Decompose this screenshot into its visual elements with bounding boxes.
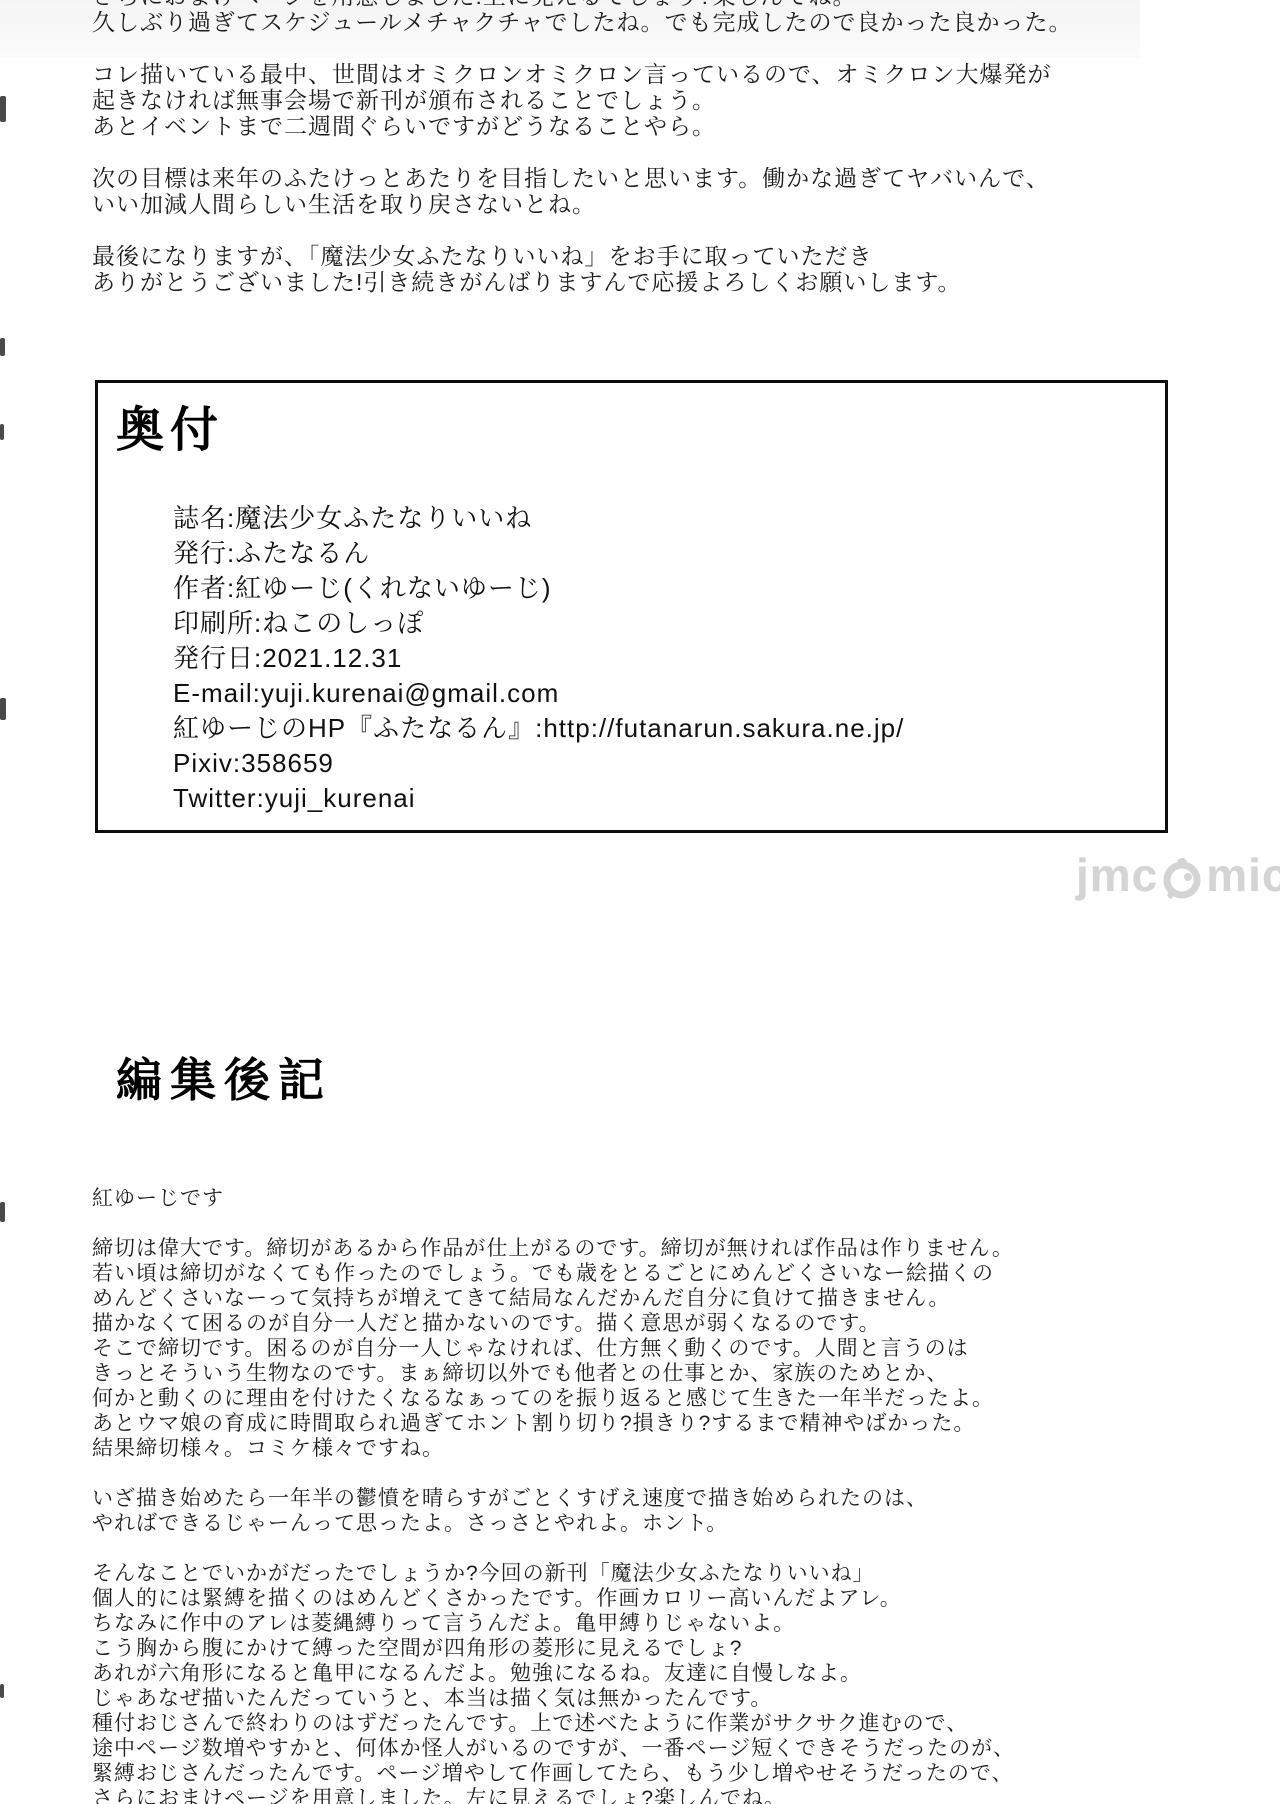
text-line: じゃあなぜ描いたんだっていうと、本当は描く気は無かったんです。 [92,1686,1015,1711]
afterword-title: 編集後記 [116,1044,332,1110]
afterword-body: 紅ゆーじです 締切は偉大です。締切があるから作品が仕上がるのです。締切が無ければ… [92,1186,1015,1804]
text-line: Twitter:yuji_kurenai [173,781,904,816]
text-line: 種付おじさんで終わりのはずだったんです。上で述べたように作業がサクサク進むので、 [92,1711,1015,1736]
paragraph: いざ描き始めたら一年半の鬱憤を晴らすがごとくすげえ速度で描き始められたのは、やれ… [92,1486,1015,1536]
text-line: 久しぶり過ぎてスケジュールメチャクチャでしたね。でも完成したので良かった良かった… [92,9,1073,35]
top-note-text: さらにおまけページを用意しました!上に見えるでしょう?楽しんでね。久しぶり過ぎて… [92,0,1073,295]
scan-artifact [0,424,4,440]
text-line: E-mail:yuji.kurenai@gmail.com [173,676,904,711]
text-line: 緊縛おじさんだったんです。ページ増やして作画してたら、もう少し増やせそうだったの… [92,1761,1015,1786]
text-line: 若い頃は締切がなくても作ったのでしょう。でも歳をとるごとにめんどくさいなー絵描く… [92,1261,1015,1286]
text-line: こう胸から腹にかけて縛った空間が四角形の菱形に見えるでしょ? [92,1636,1015,1661]
text-line: あとイベントまで二週間ぐらいですがどうなることやら。 [92,113,1073,139]
paragraph: そんなことでいかがだったでしょうか?今回の新刊「魔法少女ふたなりいいね」個人的に… [92,1561,1015,1804]
text-line: 発行日:2021.12.31 [173,641,904,676]
text-line: いざ描き始めたら一年半の鬱憤を晴らすがごとくすげえ速度で描き始められたのは、 [92,1486,1015,1511]
colophon-title: 奥付 [116,391,224,460]
text-line: そこで締切です。困るのが自分一人じゃなければ、仕方無く動くのです。人間と言うのは [92,1336,1015,1361]
text-line: さらにおまけページを用意しました!上に見えるでしょう?楽しんでね。 [92,0,1073,9]
text-line: やればできるじゃーんって思ったよ。さっさとやれよ。ホント。 [92,1511,1015,1536]
text-line: めんどくさいなーって気持ちが増えてきて結局なんだかんだ自分に負けて描きません。 [92,1286,1015,1311]
jmcomic-watermark: jmc mic [1076,848,1280,902]
fish-circle-icon [1158,849,1206,901]
colophon-box: 奥付 誌名:魔法少女ふたなりいいね発行:ふたなるん作者:紅ゆーじ(くれないゆーじ… [95,380,1168,833]
text-line: 印刷所:ねこのしっぽ [173,606,904,641]
text-line: 紅ゆーじのHP『ふたなるん』:http://futanarun.sakura.n… [173,711,904,746]
scan-artifact [0,698,6,720]
text-line: きっとそういう生物なのです。まぁ締切以外でも他者との仕事とか、家族のためとか、 [92,1361,1015,1386]
paragraph: 締切は偉大です。締切があるから作品が仕上がるのです。締切が無ければ作品は作りませ… [92,1236,1015,1461]
colophon-entries: 誌名:魔法少女ふたなりいいね発行:ふたなるん作者:紅ゆーじ(くれないゆーじ)印刷… [173,501,904,816]
watermark-text-left: jmc [1076,848,1158,902]
scan-artifact [0,96,6,122]
text-line: あれが六角形になると亀甲になるんだよ。勉強になるね。友達に自慢しなよ。 [92,1661,1015,1686]
text-line: 途中ページ数増やすかと、何体か怪人がいるのですが、一番ページ短くできそうだったの… [92,1736,1015,1761]
paragraph: コレ描いている最中、世間はオミクロンオミクロン言っているので、オミクロン大爆発が… [92,61,1073,139]
scanned-afterword-page: さらにおまけページを用意しました!上に見えるでしょう?楽しんでね。久しぶり過ぎて… [0,0,1280,1804]
scan-artifact [0,338,5,356]
text-line: 何かと動くのに理由を付けたくなるなぁってのを振り返ると感じて生きた一年半だったよ… [92,1386,1015,1411]
text-line: 作者:紅ゆーじ(くれないゆーじ) [173,571,904,606]
watermark-text-right: mic [1206,848,1280,902]
text-line: さらにおまけページを用意しました。左に見えるでしょ?楽しんでね。 [92,1786,1015,1804]
text-line: Pixiv:358659 [173,746,904,781]
text-line: ちなみに作中のアレは菱縄縛りって言うんだよ。亀甲縛りじゃないよ。 [92,1611,1015,1636]
text-line: 次の目標は来年のふたけっとあたりを目指したいと思います。働かな過ぎてヤバいんで、 [92,165,1073,191]
afterword-greeting: 紅ゆーじです [92,1186,1015,1211]
text-line: 誌名:魔法少女ふたなりいいね [173,501,904,536]
scan-artifact [0,1684,4,1698]
text-line: 締切は偉大です。締切があるから作品が仕上がるのです。締切が無ければ作品は作りませ… [92,1236,1015,1261]
text-line: 描かなくて困るのが自分一人だと描かないのです。描く意思が弱くなるのです。 [92,1311,1015,1336]
text-line: いい加減人間らしい生活を取り戻さないとね。 [92,191,1073,217]
paragraph: 最後になりますが、「魔法少女ふたなりいいね」をお手に取っていただきありがとうござ… [92,243,1073,295]
paragraph: 次の目標は来年のふたけっとあたりを目指したいと思います。働かな過ぎてヤバいんで、… [92,165,1073,217]
afterword-paragraphs: 締切は偉大です。締切があるから作品が仕上がるのです。締切が無ければ作品は作りませ… [92,1236,1015,1804]
text-line: コレ描いている最中、世間はオミクロンオミクロン言っているので、オミクロン大爆発が [92,61,1073,87]
text-line: ありがとうございました!引き続きがんばりますんで応援よろしくお願いします。 [92,269,1073,295]
text-line: 発行:ふたなるん [173,536,904,571]
text-line: あとウマ娘の育成に時間取られ過ぎてホント割り切り?損きり?するまで精神やばかった… [92,1411,1015,1436]
text-line: 起きなければ無事会場で新刊が頒布されることでしょう。 [92,87,1073,113]
text-line: 個人的には緊縛を描くのはめんどくさかったです。作画カロリー高いんだよアレ。 [92,1586,1015,1611]
text-line: 結果締切様々。コミケ様々ですね。 [92,1436,1015,1461]
text-line: そんなことでいかがだったでしょうか?今回の新刊「魔法少女ふたなりいいね」 [92,1561,1015,1586]
paragraph: さらにおまけページを用意しました!上に見えるでしょう?楽しんでね。久しぶり過ぎて… [92,0,1073,35]
scan-artifact [0,1202,5,1222]
text-line: 最後になりますが、「魔法少女ふたなりいいね」をお手に取っていただき [92,243,1073,269]
